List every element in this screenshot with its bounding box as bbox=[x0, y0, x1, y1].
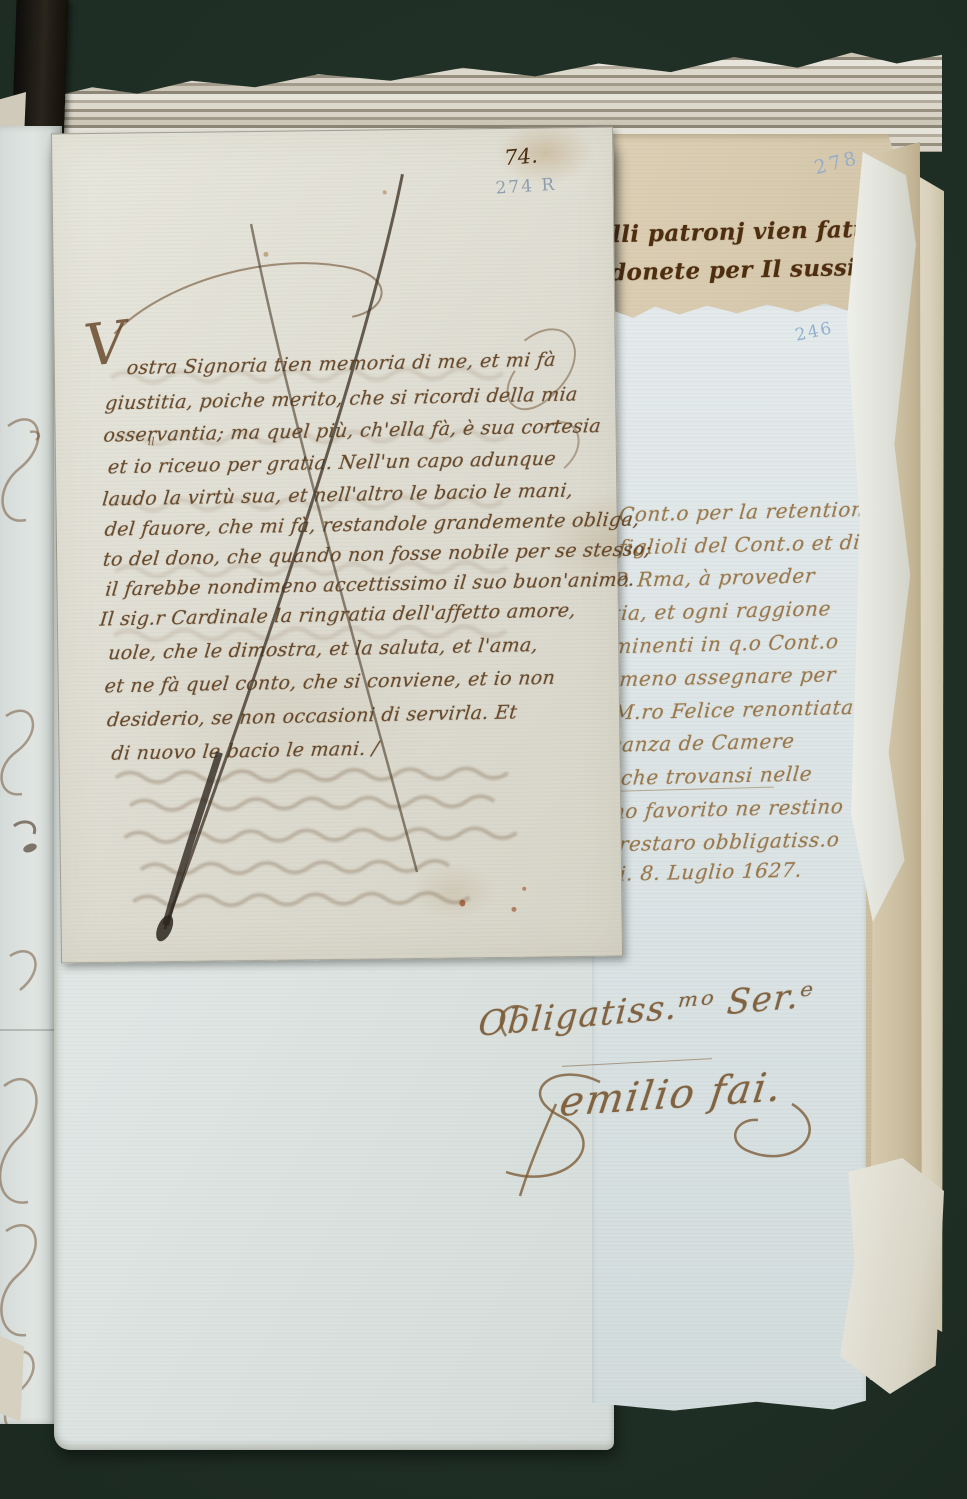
foxing-spot bbox=[383, 190, 387, 194]
right-page-line: S. M.ro Felice renontiata bbox=[592, 695, 855, 725]
paper-seam bbox=[0, 1029, 62, 1031]
corner-paper-fragment bbox=[0, 1336, 24, 1422]
right-page-line: anno favorito ne restino bbox=[592, 794, 845, 824]
right-page-line: nè restaro obbligatiss.o bbox=[592, 827, 841, 857]
right-page-line: ia li. 8. Luglio 1627. bbox=[592, 858, 803, 887]
right-page-line: vacanza de Camere bbox=[592, 729, 796, 758]
right-page-line: i almeno assegnare per bbox=[592, 662, 837, 692]
folio-number-blue: 246 bbox=[793, 318, 835, 346]
archive-photo: 278 lli patronj vien fatto — donete per … bbox=[0, 0, 967, 1499]
right-page-line: imminenti in q.o Cont.o bbox=[592, 629, 840, 659]
folio-number-blue: 278 bbox=[812, 147, 861, 179]
cancellation-strokes bbox=[52, 128, 624, 965]
crossed-letter-sheet: 74. 274 R V il ostra Signoria tien memor… bbox=[51, 127, 623, 964]
right-page-line: ità che trovansi nelle bbox=[592, 761, 813, 790]
ink-spot bbox=[459, 899, 465, 906]
ink-spot bbox=[522, 887, 526, 891]
right-page-line: stitia, et ogni raggione bbox=[592, 596, 832, 626]
fore-edge-strip bbox=[840, 1158, 944, 1394]
ink-spot bbox=[511, 907, 516, 912]
foxing-spot bbox=[263, 252, 268, 257]
right-letter-sheet: 246 do Cont.o per la retentione da figli… bbox=[592, 300, 866, 1414]
